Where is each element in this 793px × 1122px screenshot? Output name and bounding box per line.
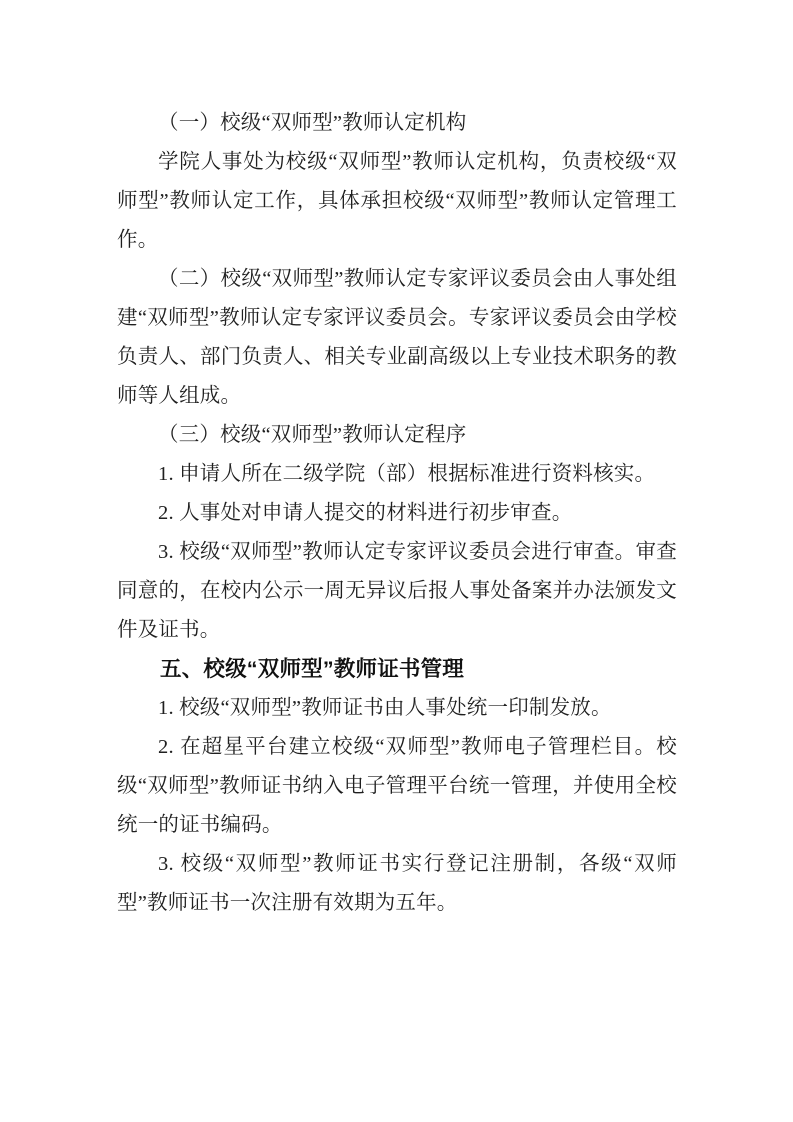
document-body: （一）校级“双师型”教师认定机构 学院人事处为校级“双师型”教师认定机构，负责校… <box>117 104 677 923</box>
para-expert-review-committee: （二）校级“双师型”教师认定专家评议委员会由人事处组建“双师型”教师认定专家评议… <box>117 260 677 416</box>
list-item-certificate-3: 3. 校级“双师型”教师证书实行登记注册制，各级“双师型”教师证书一次注册有效期… <box>117 845 677 923</box>
document-page: （一）校级“双师型”教师认定机构 学院人事处为校级“双师型”教师认定机构，负责校… <box>0 0 793 1122</box>
list-item-certificate-2: 2. 在超星平台建立校级“双师型”教师电子管理栏目。校级“双师型”教师证书纳入电… <box>117 728 677 845</box>
list-item-procedure-3: 3. 校级“双师型”教师认定专家评议委员会进行审查。审查同意的，在校内公示一周无… <box>117 533 677 650</box>
list-item-procedure-2: 2. 人事处对申请人提交的材料进行初步审查。 <box>117 494 677 533</box>
subheading-certification-body: （一）校级“双师型”教师认定机构 <box>117 104 677 143</box>
subheading-certification-procedure: （三）校级“双师型”教师认定程序 <box>117 416 677 455</box>
para-certification-body-description: 学院人事处为校级“双师型”教师认定机构，负责校级“双师型”教师认定工作，具体承担… <box>117 143 677 260</box>
list-item-certificate-1: 1. 校级“双师型”教师证书由人事处统一印制发放。 <box>117 689 677 728</box>
list-item-procedure-1: 1. 申请人所在二级学院（部）根据标准进行资料核实。 <box>117 455 677 494</box>
section-heading-certificate-management: 五、校级“双师型”教师证书管理 <box>117 650 677 689</box>
